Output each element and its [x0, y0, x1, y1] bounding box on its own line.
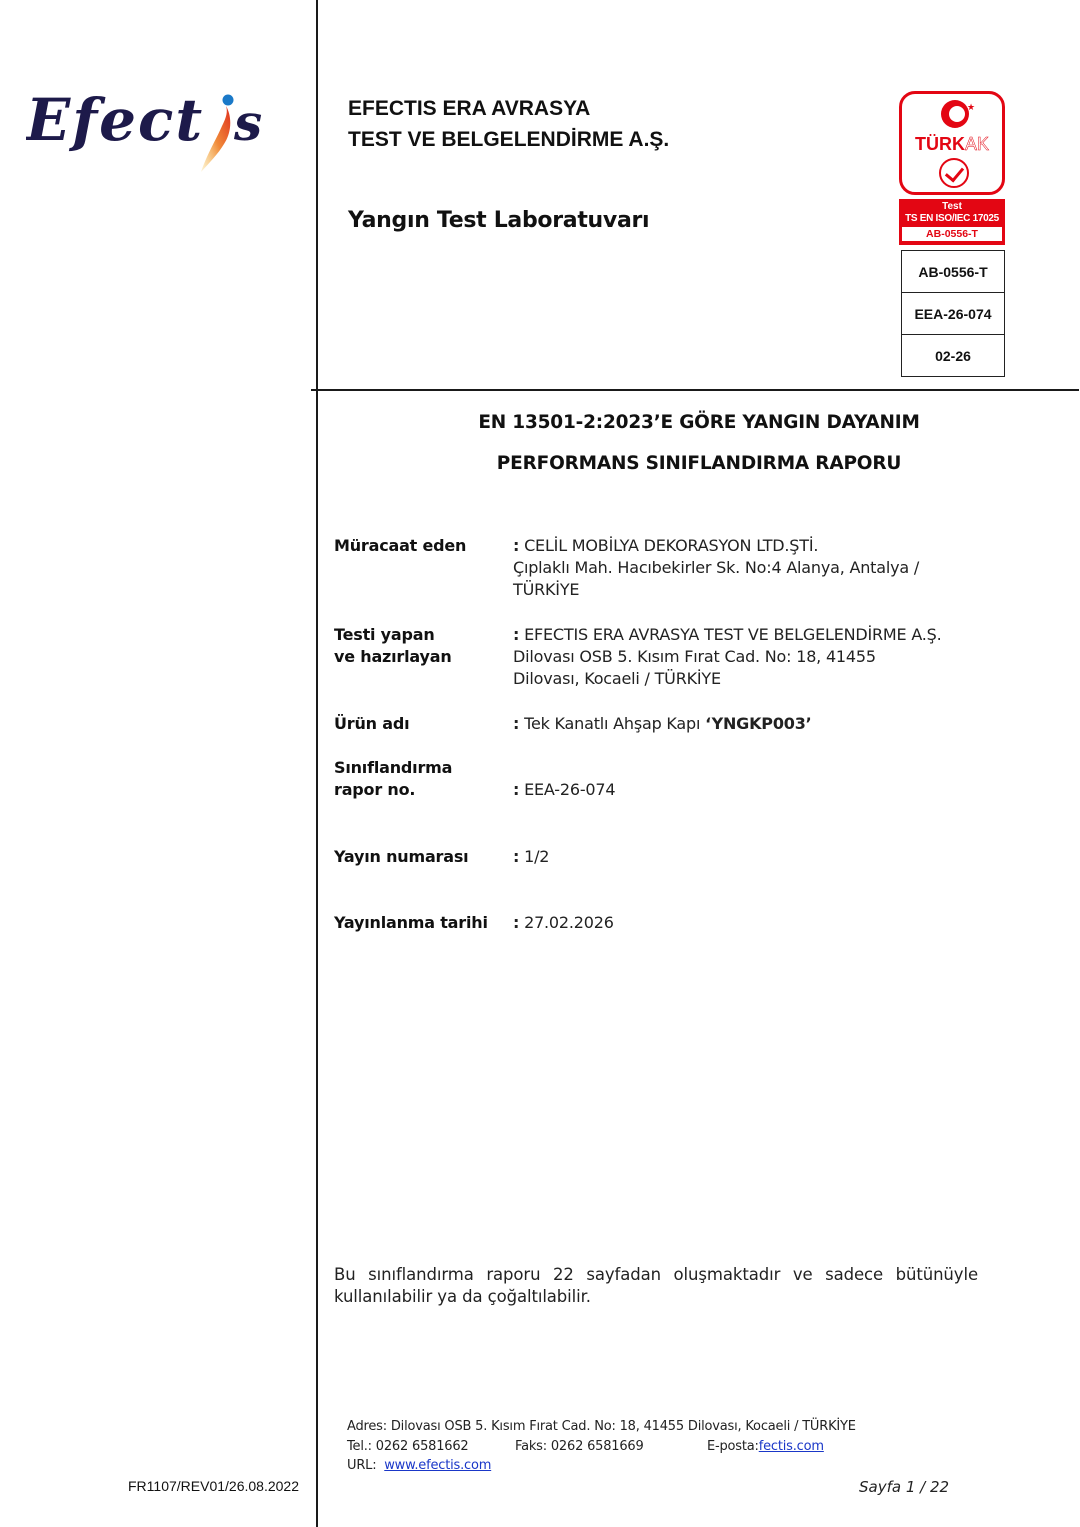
report-no-value: : EEA-26-074 — [513, 779, 983, 801]
footer-address: Adres: Dilovası OSB 5. Kısım Fırat Cad. … — [347, 1417, 856, 1436]
email-link[interactable]: fectis.com — [759, 1439, 824, 1454]
lab-title: Yangın Test Laboratuvarı — [348, 208, 649, 233]
usage-notice: Bu sınıflandırma raporu 22 sayfadan oluş… — [334, 1264, 978, 1308]
product-code: ‘YNGKP003’ — [705, 714, 811, 733]
report-period: 02-26 — [902, 335, 1005, 377]
page-indicator: Sayfa 1 / 22 — [859, 1478, 949, 1496]
issue-date-label: Yayınlanma tarihi — [334, 912, 488, 934]
star-icon: ★ — [967, 104, 975, 113]
product-name: Tek Kanatlı Ahşap Kapı — [519, 714, 705, 733]
turkak-frame: ★ TÜRKAK — [899, 91, 1005, 195]
issue-date-value: : 27.02.2026 — [513, 912, 983, 934]
efectis-logo: Efect s — [26, 82, 286, 182]
website-link[interactable]: www.efectis.com — [384, 1458, 491, 1473]
document-codes-table: AB-0556-T EEA-26-074 02-26 — [901, 250, 1005, 377]
issue-no-label: Yayın numarası — [334, 846, 468, 868]
codes-row: AB-0556-T — [902, 251, 1005, 293]
accreditation-code: AB-0556-T — [902, 227, 1002, 241]
footer-phone: Tel.: 0262 6581662 — [347, 1437, 515, 1456]
company-name: EFECTIS ERA AVRASYA TEST VE BELGELENDİRM… — [348, 93, 669, 155]
tester-address-line1: Dilovası OSB 5. Kısım Fırat Cad. No: 18,… — [513, 646, 983, 668]
vertical-divider — [316, 0, 318, 1527]
company-name-line2: TEST VE BELGELENDİRME A.Ş. — [348, 124, 669, 155]
report-no-label: Sınıflandırma rapor no. — [334, 757, 452, 801]
header-divider — [311, 389, 1079, 391]
applicant-address-line2: TÜRKİYE — [513, 579, 983, 601]
footer-contact: Tel.: 0262 6581662Faks: 0262 6581669E-po… — [347, 1437, 824, 1456]
applicant-label: Müracaat eden — [334, 535, 466, 557]
report-number: EEA-26-074 — [902, 293, 1005, 335]
footer-url: URL: www.efectis.com — [347, 1456, 491, 1475]
turkak-wordmark: TÜRKAK — [902, 134, 1002, 155]
issue-no-value: : 1/2 — [513, 846, 983, 868]
applicant-address-line1: Çıplaklı Mah. Hacıbekirler Sk. No:4 Alan… — [513, 557, 983, 579]
footer-email-label: E-posta: — [707, 1437, 759, 1456]
applicant-value: : CELİL MOBİLYA DEKORASYON LTD.ŞTİ. Çıpl… — [513, 535, 983, 601]
efectis-logo-icon: Efect s — [26, 82, 286, 182]
accreditation-standard: TS EN ISO/IEC 17025 — [899, 213, 1005, 225]
svg-text:s: s — [233, 93, 262, 152]
report-title-line2: PERFORMANS SINIFLANDIRMA RAPORU — [318, 453, 1080, 474]
product-label: Ürün adı — [334, 713, 409, 735]
tester-value: : EFECTIS ERA AVRASYA TEST VE BELGELENDİ… — [513, 624, 983, 690]
turkak-logo: ★ TÜRKAK Test TS EN ISO/IEC 17025 AB-055… — [898, 91, 1006, 245]
tester-label: Testi yapan ve hazırlayan — [334, 624, 452, 668]
accreditation-type: Test — [899, 199, 1005, 213]
codes-row: 02-26 — [902, 335, 1005, 377]
tester-name: EFECTIS ERA AVRASYA TEST VE BELGELENDİRM… — [519, 625, 941, 644]
crescent-icon — [941, 100, 969, 128]
footer-url-label: URL: — [347, 1458, 384, 1473]
report-title-line1: EN 13501-2:2023’E GÖRE YANGIN DAYANIM — [318, 412, 1080, 433]
svg-text:Efect: Efect — [26, 86, 204, 154]
form-code: FR1107/REV01/26.08.2022 — [128, 1478, 299, 1494]
accreditation-band: Test TS EN ISO/IEC 17025 AB-0556-T — [899, 199, 1005, 245]
accreditation-number: AB-0556-T — [902, 251, 1005, 293]
product-value: : Tek Kanatlı Ahşap Kapı ‘YNGKP003’ — [513, 713, 983, 735]
checkmark-icon — [939, 158, 969, 188]
codes-row: EEA-26-074 — [902, 293, 1005, 335]
company-name-line1: EFECTIS ERA AVRASYA — [348, 93, 669, 124]
tester-address-line2: Dilovası, Kocaeli / TÜRKİYE — [513, 668, 983, 690]
footer-fax: Faks: 0262 6581669 — [515, 1437, 707, 1456]
applicant-name: CELİL MOBİLYA DEKORASYON LTD.ŞTİ. — [519, 536, 818, 555]
